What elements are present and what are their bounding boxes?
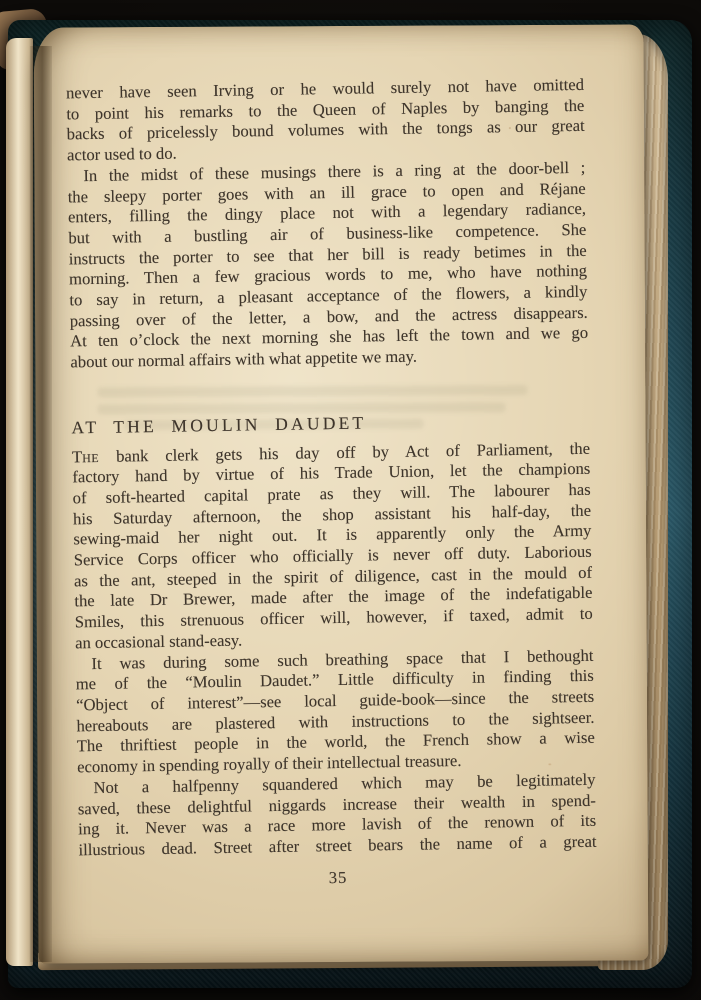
page-text: never have seen Irving or he would surel…	[66, 75, 597, 893]
book-page: never have seen Irving or he would surel…	[34, 24, 649, 963]
paragraph: In the midst of these musings there is a…	[67, 158, 588, 374]
small-caps-word: he	[82, 446, 99, 465]
paragraph: never have seen Irving or he would surel…	[66, 75, 585, 166]
book-photo: never have seen Irving or he would surel…	[0, 0, 701, 1000]
paragraph: The bank clerk gets his day off by Act o…	[72, 438, 593, 654]
paragraph: Not a halfpenny squandered which may be …	[77, 770, 596, 861]
page-number: 35	[79, 863, 597, 892]
section-heading: AT THE MOULIN DAUDET	[71, 409, 589, 438]
paragraph: It was during some such breathing space …	[75, 645, 595, 778]
gutter-shadow	[30, 46, 52, 962]
previous-page-edge	[6, 38, 33, 966]
